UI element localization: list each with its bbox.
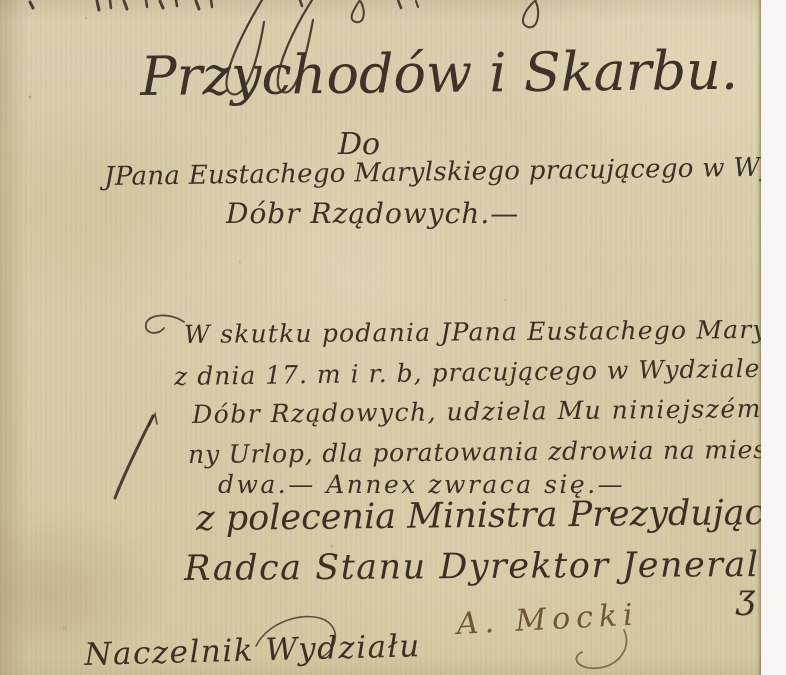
closing-line-2: Radca Stanu Dyrektor Jeneralny. (184, 548, 786, 587)
manuscript-page: Przychodów i Skarbu. Do JPana Eustachego… (0, 0, 786, 675)
margin-paraph-mark (105, 412, 160, 502)
body-line-4: ny Urlop, dla poratowania zdrowia na mie… (188, 436, 786, 467)
closing-line-1: z polecenia Ministra Prezydującego (196, 495, 786, 537)
closing-paraph-flourish: ʒ (736, 580, 755, 614)
body-lead-curl (140, 312, 186, 342)
addressee-line-2: Dóbr Rządowych.— (226, 200, 519, 228)
body-line-2: z dnia 17. m i r. b, pracującego w Wydzi… (174, 356, 761, 389)
document-title: Przychodów i Skarbu. (140, 44, 738, 104)
signature-flourish (560, 628, 650, 673)
body-line-3: Dóbr Rządowych, udziela Mu niniejszém żą… (192, 395, 786, 427)
salutation: Do (338, 130, 380, 160)
body-line-5: dwa.— Annex zwraca się.— (218, 472, 625, 497)
scanner-background-strip (761, 0, 786, 675)
footer-flourish (250, 612, 380, 675)
addressee-line-1: JPana Eustachego Marylskiego pracującego… (104, 154, 786, 190)
body-line-1: W skutku podania JPana Eustachego Maryls… (184, 316, 786, 347)
